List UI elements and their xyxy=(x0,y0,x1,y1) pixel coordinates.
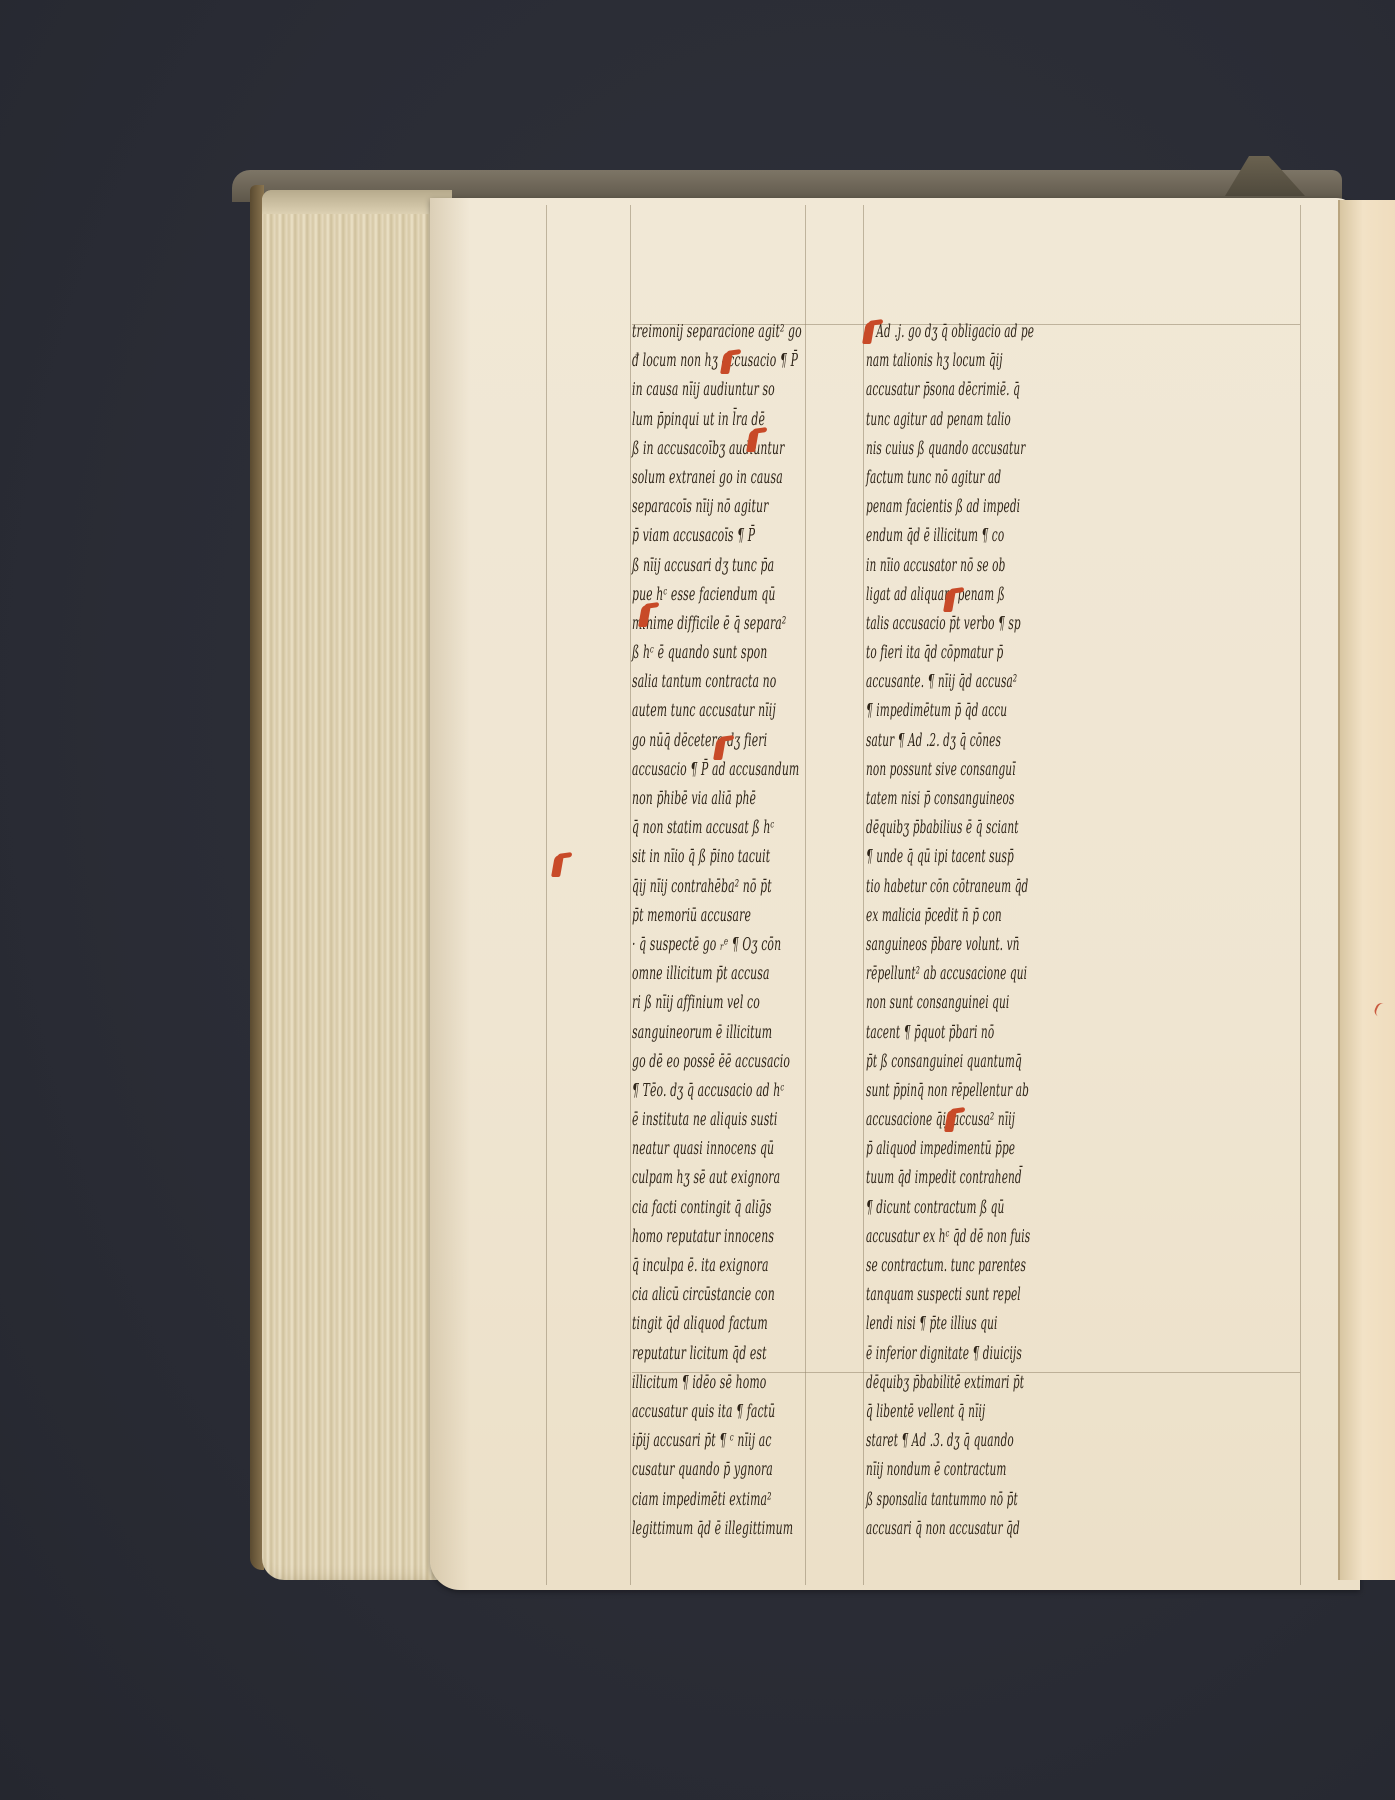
text-line: separacoīs nīij nō agitur xyxy=(632,493,741,522)
text-line: tatem nisi p̄ consanguineos xyxy=(866,785,1028,814)
text-line: in nīio accusator nō se ob xyxy=(866,552,1028,581)
text-line: accusante. ¶ nīij q̄d accusa² xyxy=(866,668,1028,697)
text-line: endum q̄d ē illicitum ¶ co xyxy=(866,522,1028,551)
text-line: neatur quasi innocens qū xyxy=(632,1135,741,1164)
ruling-line-column-a-right xyxy=(805,205,806,1585)
text-line: non p̄hibē via aliā phē xyxy=(632,785,741,814)
text-line: culpam hʒ sē aut exignora xyxy=(632,1164,741,1193)
ruling-line-column-b-left xyxy=(863,205,864,1585)
text-line: reputatur licitum q̄d est xyxy=(632,1340,741,1369)
ruling-line-outer-left xyxy=(546,205,547,1585)
text-line: homo reputatur innocens xyxy=(632,1223,741,1252)
text-line: p̄t ß consanguinei quantumq̄ xyxy=(866,1048,1028,1077)
text-line: factum tunc nō agitur ad xyxy=(866,464,1028,493)
text-line: ß in accusacoībʒ audiuntur xyxy=(632,435,741,464)
page-edges-stack xyxy=(262,190,452,1580)
text-line: tingit q̄d aliquod factum xyxy=(632,1310,741,1339)
text-line: tanquam suspecti sunt repel xyxy=(866,1281,1028,1310)
text-line: se contractum. tunc parentes xyxy=(866,1252,1028,1281)
text-line: nīij nondum ē contractum xyxy=(866,1456,1028,1485)
text-line: ē instituta ne aliquis susti xyxy=(632,1106,741,1135)
text-line: tuum q̄d impedit contrahend̄ xyxy=(866,1164,1028,1193)
text-line: legittimum q̄d ē illegittimum xyxy=(632,1515,741,1544)
text-line: dēquibʒ p̄babilius ē q̄ sciant xyxy=(866,814,1028,843)
text-line: omne illicitum p̄t accusa xyxy=(632,960,741,989)
text-line: accusacio ¶ P̄ ad accusandum xyxy=(632,756,741,785)
text-line: satur ¶ Ad .2. dʒ q̄ cōnes xyxy=(866,727,1028,756)
text-line: ip̄ij accusari p̄t ¶ ᶜ nīij ac xyxy=(632,1427,741,1456)
text-line: ex malicia p̄cedit n̄ p̄ con xyxy=(866,902,1028,931)
text-line: p̄ viam accusacoīs ¶ P̄ xyxy=(632,522,741,551)
text-line: ß sponsalia tantummo nō p̄t xyxy=(866,1486,1028,1515)
text-line: ¶ unde q̄ qū ipi tacent susp̄ xyxy=(866,843,1028,872)
text-line: ciam impedimēti extima² xyxy=(632,1486,741,1515)
text-line: non sunt consanguinei qui xyxy=(866,989,1028,1018)
text-line: staret ¶ Ad .3. dʒ q̄ quando xyxy=(866,1427,1028,1456)
text-line: to fieri ita q̄d cōpmatur p̄ xyxy=(866,639,1028,668)
text-line: cia facti contingit q̄ aliḡs xyxy=(632,1194,741,1223)
ruling-line-column-b-right xyxy=(1300,205,1301,1585)
text-line: p̄t memoriū accusare xyxy=(632,902,741,931)
text-line: in causa nīij audiuntur so xyxy=(632,376,741,405)
text-line: lum p̄pinqui ut in l̄ra dē xyxy=(632,406,741,435)
text-line: q̄ libentē vellent q̄ nīij xyxy=(866,1398,1028,1427)
ruling-line-column-a-left xyxy=(630,205,631,1585)
page-edges-top xyxy=(262,190,452,214)
text-line: illicitum ¶ idēo sē homo xyxy=(632,1369,741,1398)
text-line: p̄ aliquod impedimentū p̄pe xyxy=(866,1135,1028,1164)
text-line: accusatur quis ita ¶ factū xyxy=(632,1398,741,1427)
text-line: q̄ non statim accusat ß hᶜ xyxy=(632,814,741,843)
text-line: non possunt sive consanguī xyxy=(866,756,1028,785)
text-line: · q̄ suspectē go ᵣᵉ ¶ Oʒ cōn xyxy=(632,931,741,960)
text-line: nam talionis hʒ locum q̄ij xyxy=(866,347,1028,376)
text-line: ri ß nīij affinium vel co xyxy=(632,989,741,1018)
text-line: dēquibʒ p̄babilitē extimari p̄t xyxy=(866,1369,1028,1398)
text-line: sanguineorum ē illicitum xyxy=(632,1019,741,1048)
text-line: sit in nīio q̄ ß p̄ino tacuit xyxy=(632,843,741,872)
text-line: tacent ¶ p̄quot p̄bari nō xyxy=(866,1019,1028,1048)
text-line: go dē eo possē ēē accusacio xyxy=(632,1048,741,1077)
text-line: q̄ inculpa ē. ita exignora xyxy=(632,1252,741,1281)
text-line: tio habetur cōn cōtraneum q̄d xyxy=(866,873,1028,902)
text-line: tunc agitur ad penam talio xyxy=(866,406,1028,435)
text-line: autem tunc accusatur nīij xyxy=(632,697,741,726)
text-line: cia alicū circūstancie con xyxy=(632,1281,741,1310)
text-line: q̄ij nīij contrahēba² nō p̄t xyxy=(632,873,741,902)
text-line: penam facientis ß ad impedi xyxy=(866,493,1028,522)
text-line: ē inferior dignitate ¶ diuicijs xyxy=(866,1340,1028,1369)
text-line: sanguineos p̄bare volunt. vn̄ xyxy=(866,931,1028,960)
text-line: ¶ Tēo. dʒ q̄ accusacio ad hᶜ xyxy=(632,1077,741,1106)
text-line: lendi nisi ¶ p̄te illius qui xyxy=(866,1310,1028,1339)
text-column-b: ¶ Ad .j. go dʒ q̄ obligacio ad pe nam ta… xyxy=(866,318,1028,1544)
text-line: ß hᶜ ē quando sunt spon xyxy=(632,639,741,668)
text-line: ¶ impedimētum p̄ q̄d accu xyxy=(866,697,1028,726)
text-line: talis accusacio p̄t verbo ¶ sp xyxy=(866,610,1028,639)
text-line: solum extranei go in causa xyxy=(632,464,741,493)
text-line: accusari q̄ non accusatur q̄d xyxy=(866,1515,1028,1544)
text-line: ¶ Ad .j. go dʒ q̄ obligacio ad pe xyxy=(866,318,1028,347)
text-line: ß nīij accusari dʒ tunc p̄a xyxy=(632,552,741,581)
text-line: rēpellunt² ab accusacione qui xyxy=(866,960,1028,989)
facing-page-edge xyxy=(1338,200,1395,1580)
text-line: accusatur p̄sona dēcrimiē. q̄ xyxy=(866,376,1028,405)
text-line: nis cuius ß quando accusatur xyxy=(866,435,1028,464)
text-line: salia tantum contracta no xyxy=(632,668,741,697)
text-line: ¶ dicunt contractum ß qū xyxy=(866,1194,1028,1223)
text-line: accusatur ex hᶜ q̄d dē non fuis xyxy=(866,1223,1028,1252)
text-column-a: treimonij separacione agit² go đ locum n… xyxy=(632,318,741,1544)
text-line: treimonij separacione agit² go xyxy=(632,318,741,347)
text-line: sunt p̄pinq̄ non rēpellentur ab xyxy=(866,1077,1028,1106)
text-line: cusatur quando p̄ ygnora xyxy=(632,1456,741,1485)
